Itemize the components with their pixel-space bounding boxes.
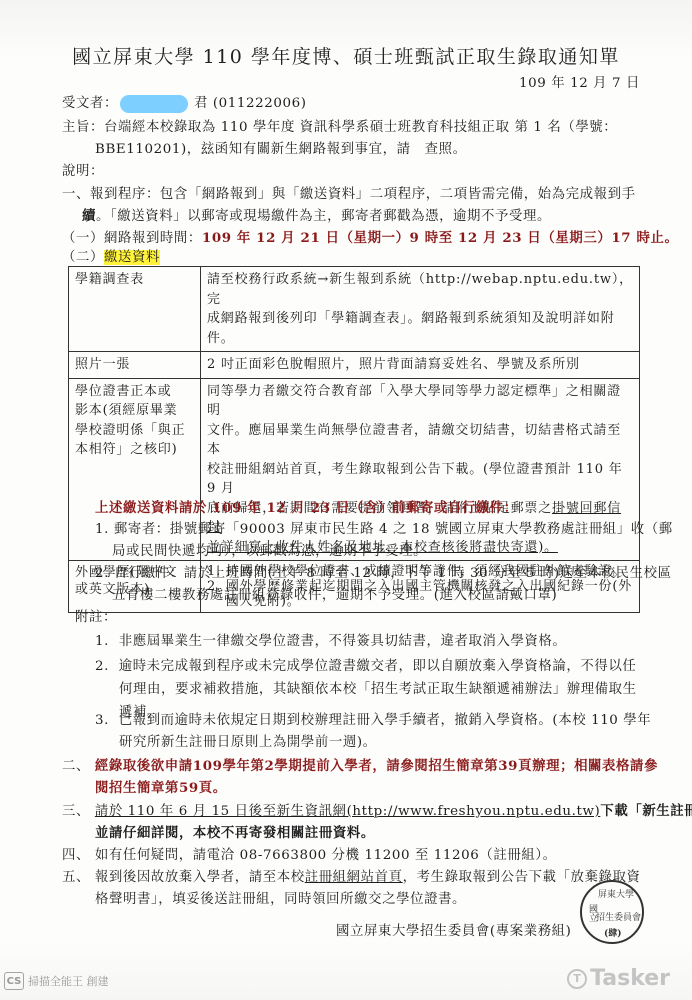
table-value-line: 同等學力者繳交符合教育部「入學大學同等學力認定標準」之相關證明 <box>207 382 633 421</box>
explanation-label: 說明： <box>62 162 104 182</box>
recipient-label: 受文者： <box>62 96 118 111</box>
official-seal: 屏東大學 國立 招生委員會 (肆) <box>580 880 644 944</box>
camscanner-icon: CS <box>4 972 24 990</box>
seal-top-text: 屏東大學 <box>598 887 634 900</box>
table-value: 請至校務行政系統→新生報到系統（http://webap.nptu.edu.tw… <box>201 267 640 352</box>
inperson-instruction-line1: 2. 自行繳件：請於上班時間(上午 8 時至 12 時，下午 1 時 30 分至… <box>95 564 672 584</box>
seal-middle-text: 招生委員會 <box>596 910 641 923</box>
section2-line2: 閱招生簡章第59頁。 <box>95 778 227 798</box>
note-1: 1. 非應屆畢業生一律繳交學位證書，不得簽具切結書，違者取消入學資格。 <box>95 632 566 652</box>
table-key-line: 學位證書正本或 <box>75 382 194 402</box>
section3-text: 下載「新生註冊須知」， <box>600 803 692 819</box>
redacted-name <box>120 95 188 113</box>
table-value-line: 請至校務行政系統→新生報到系統（http://webap.nptu.edu.tw… <box>207 270 633 309</box>
registration-site-link[interactable]: 註冊組網站首頁 <box>305 870 403 885</box>
section3-line2: 並請仔細詳閱，本校不再寄發相關註冊資料。 <box>95 823 375 843</box>
note-number: 2. <box>95 659 109 674</box>
submission-docs-line: （二）繳送資料 <box>62 248 160 268</box>
note-number: 1. <box>95 634 109 649</box>
subject-line-1: 主旨：台端經本校錄取為 110 學年度 資訊科學系碩士班教育科技組正取 第 1 … <box>62 118 617 138</box>
table-value-line: 文件。應屆畢業生尚無學位證書者，請繳交切結書，切結書格式請至本 <box>207 421 633 460</box>
submission-docs-prefix: （二） <box>62 250 104 265</box>
table-key: 學籍調查表 <box>69 267 201 352</box>
note-3: 3. 已報到而逾時未依規定日期到校辦理註冊入學手續者，撤銷入學資格。(本校 11… <box>95 711 651 731</box>
inperson-instruction-line2: 五育樓二樓教務處註冊組登錄收件，逾期不予受理。(進入校區請戴口罩) <box>112 586 557 606</box>
tasker-watermark: T Tasker <box>567 966 670 991</box>
section1-bold-char: 續 <box>82 208 96 224</box>
section5-text: 報到後因故放棄入學者，請至本校 <box>95 870 305 885</box>
table-key-line: 學校證明係「與正 <box>75 421 194 441</box>
scanner-watermark: CS 掃描全能王 創建 <box>4 972 109 990</box>
section3-line1: 三、 請於 110 年 6 月 15 日後至新生資訊網(http://www.f… <box>62 801 692 822</box>
section-number: 三、 <box>62 804 90 819</box>
tasker-text: Tasker <box>590 966 670 991</box>
section1-line2: 續。「繳送資料」以郵寄或現場繳件為主，郵寄者郵戳為憑，逾期不予受理。 <box>82 206 551 227</box>
section-number: 五、 <box>62 870 90 885</box>
note-3-line2: 研究所新生註冊日原則上為開學前一週)。 <box>119 733 377 753</box>
notes-label: 附註： <box>75 608 117 628</box>
table-value-line: 校註冊組網站首頁，考生錄取報到公告下載。(學位證書預計 110 年 9 月 <box>207 460 633 499</box>
subject-line-2: BBE110201)，玆函知有關新生網路報到事宜，請 查照。 <box>95 140 467 160</box>
registration-time-line: （一）網路報到時間：109 年 12 月 21 日（星期一）9 時至 12 月 … <box>62 228 678 249</box>
table-row: 學籍調查表 請至校務行政系統→新生報到系統（http://webap.nptu.… <box>69 267 640 352</box>
mail-instruction-line1: 1. 郵寄者：掛號郵寄「90003 屏東市民生路 4 之 18 號國立屏東大學教… <box>95 520 673 540</box>
section-number: 二、 <box>62 759 90 774</box>
section2-text: 經錄取後欲申請109學年第2學期提前入學者，請參閱招生簡章第39頁辦理；相關表格… <box>95 758 658 774</box>
seal-bottom-text: (肆) <box>604 926 622 939</box>
table-value: 2 吋正面彩色脫帽照片，照片背面請寫妥姓名、學號及系所別 <box>201 352 640 379</box>
registration-time-label: （一）網路報到時間： <box>62 231 202 246</box>
scanner-text: 掃描全能王 創建 <box>28 973 109 989</box>
section1-line2-text: 。「繳送資料」以郵寄或現場繳件為主，郵寄者郵戳為憑，逾期不予受理。 <box>96 209 551 224</box>
signature: 國立屏東大學招生委員會(專案業務組) <box>336 922 572 942</box>
note-text: 逾時未完成報到程序或未完成學位證書繳交者，即以自願放棄入學資格論，不得以任 <box>119 659 637 674</box>
recipient-line: 受文者：君 (011222006) <box>62 94 307 114</box>
note-number: 3. <box>95 713 109 728</box>
section4-text: 如有任何疑問，請電洽 08-7663800 分機 11200 至 11206（註… <box>95 848 557 863</box>
recipient-suffix: 君 (011222006) <box>194 96 307 111</box>
tasker-logo-icon: T <box>567 969 587 989</box>
note-2: 2. 逾時未完成報到程序或未完成學位證書繳交者，即以自願放棄入學資格論，不得以任 <box>95 657 636 677</box>
table-row: 照片一張 2 吋正面彩色脫帽照片，照片背面請寫妥姓名、學號及系所別 <box>69 352 640 379</box>
freshman-site-link[interactable]: 請於 110 年 6 月 15 日後至新生資訊網(http://www.fres… <box>95 804 601 819</box>
table-key-line: 本相符」之核印) <box>75 440 194 460</box>
table-value-line: 成網路報到後列印「學籍調查表」。網路報到系統須知及說明詳如附件。 <box>207 309 633 348</box>
note-text: 已報到而逾時未依規定日期到校辦理註冊入學手續者，撤銷入學資格。(本校 110 學… <box>119 713 652 728</box>
document-date: 109 年 12 月 7 日 <box>519 74 640 94</box>
deadline-text: 上述繳送資料請於 109 年 12 月 23 日（含）前郵寄或自行繳件： <box>95 498 518 518</box>
section5-line1: 五、 報到後因故放棄入學者，請至本校註冊組網站首頁，考生錄取報到公告下載「放棄錄… <box>62 868 640 888</box>
note-2-line2: 何理由，要求補救措施，其缺額依本校「招生考試正取生缺額遞補辦法」辦理備取生 <box>119 680 637 700</box>
note-text: 非應屆畢業生一律繳交學位證書，不得簽具切結書，違者取消入學資格。 <box>119 634 567 649</box>
section1-line1: 一、報到程序：包含「網路報到」與「繳送資料」二項程序，二項皆需完備，始為完成報到… <box>62 185 636 205</box>
registration-time-value: 109 年 12 月 21 日（星期一）9 時至 12 月 23 日（星期三）1… <box>202 230 679 246</box>
section4-line1: 四、 如有任何疑問，請電洽 08-7663800 分機 11200 至 1120… <box>62 846 557 866</box>
table-key: 照片一張 <box>69 352 201 379</box>
section-number: 四、 <box>62 848 90 863</box>
section2-line1: 二、 經錄取後欲申請109學年第2學期提前入學者，請參閱招生簡章第39頁辦理；相… <box>62 756 658 777</box>
submission-docs-highlight: 繳送資料 <box>104 250 160 265</box>
mail-instruction-line2: 局或民間快遞均可），以郵戳為憑，逾期不予受理。 <box>112 542 427 562</box>
document-title: 國立屏東大學 110 學年度博、碩士班甄試正取生錄取通知單 <box>0 42 692 69</box>
scanned-document-page: 國立屏東大學 110 學年度博、碩士班甄試正取生錄取通知單 109 年 12 月… <box>0 0 692 1000</box>
section5-line2: 格聲明書」，填妥後送註冊組，同時領回所繳交之學位證書。 <box>95 890 466 910</box>
table-key-line: 影本(須經原畢業 <box>75 401 194 421</box>
